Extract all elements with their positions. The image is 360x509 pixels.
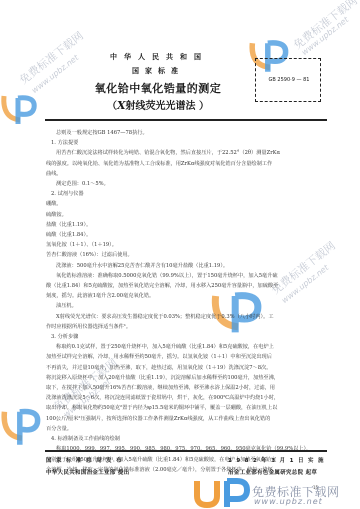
document-title: 氧化铪中氧化锆量的测定 <box>78 80 238 96</box>
body-line: 100公斤/厘米²压强制片，按所选择的仪器工作条件测量ZrKα线强度，从工作曲线… <box>46 414 328 424</box>
body-line: 洗涤液洗涤沉淀5～6次，将沉淀连同滤纸置于瓷坩埚中，烘干，灰化，在900℃高温炉… <box>46 393 328 403</box>
body-line: 取出冷却。称取氧化物约50毫克²置于内径为φ15.5毫米的铜环中铺平，覆盖一层硼… <box>46 403 328 413</box>
body-line: 作时应根据所用仪器选择适当条件¹。 <box>46 322 328 332</box>
country-heading: 中华人民共和国 <box>104 52 214 62</box>
up-brand-logo-icon <box>193 478 251 508</box>
watermark-text-cn: 免费标准下载网 <box>290 0 360 53</box>
body-line: 硫酸铵。 <box>46 210 328 220</box>
body-line: 总则及一般规定按GB 1467—78执行。 <box>46 128 328 138</box>
section-heading: 2. 试剂与仪器 <box>46 189 328 199</box>
body-line: 用苦杏仁酸沉淀法将试样转化为纯锆、铪混合氧化物，然后直接压片，于22.52°（2… <box>46 148 328 158</box>
up-logo-icon <box>0 400 44 450</box>
body-line: 称取约0.1克试样，置于250毫升烧杯中，加入5毫升硫酸（比重1.84）和5克硫… <box>46 342 328 352</box>
body-line: 酸（比重1.84）和5克硫酸铵，加热至氧化锆完全溶解，冷却，用水移入250毫升容… <box>46 281 328 291</box>
body-line: X射线荧光光谱仪：要求高压发生器稳定度优于0.03%；整机稳定度优于0.3%（八… <box>46 312 328 322</box>
body-line: 取下，在搅拌下加入50毫升16%苦杏仁酸溶液，继续加热至沸，移至沸水浴上保温2小… <box>46 383 328 393</box>
section-heading: 1. 方法提要 <box>46 138 328 148</box>
body-line: 硫酸（比重1.84）。 <box>46 230 328 240</box>
proposer: 中华人民共和国冶金工业部 提出 <box>46 468 129 476</box>
gb-code: GB 2590·9 — 81 <box>258 77 320 83</box>
body-line: 盐酸（比重1.19）。 <box>46 220 328 230</box>
header-divider <box>45 119 327 121</box>
section-heading: 3. 分析步骤 <box>46 332 328 342</box>
subtitle-rest: 射线荧光光谱法 ） <box>126 101 209 112</box>
body-line: 洗涤液：500毫升水中溶解25克苦杏仁酸并含有10毫升盐酸（比重1.19）。 <box>46 261 328 271</box>
effective-date: 1982年3月1日实施 <box>228 456 328 464</box>
body-line: 不再消失，并过量10毫升，加热至沸，取下，趁热过滤，用氢氧化铵（1＋19）洗涤沉… <box>46 363 328 373</box>
body-line: 测定范围：0.1～5%。 <box>46 179 328 189</box>
drafter: 冶金工业部有色金属研究总院 起草 <box>228 468 317 476</box>
body-line: 刻度，摇匀。此溶液1毫升含2.00毫克氧化锆。 <box>46 291 328 301</box>
body-line: 百分含量。 <box>46 424 328 434</box>
body-line: 氧化锆标准溶液：准确称取0.5000克氧化锆（99.9%以上），置于150毫升烧… <box>46 271 328 281</box>
section-heading: 4. 标准制备及工作曲线的绘制 <box>46 434 328 444</box>
body-line: 曲线。 <box>46 169 328 179</box>
subtitle-prefix: （ <box>107 101 117 112</box>
issuer: 国家标准总局发布 <box>46 456 126 464</box>
subtitle-x: X <box>117 99 126 112</box>
body-line: 线的强度。以纯氧化铪、氧化锆为基准物人工合成标准，用ZrKα线强度对氧化锆百分含… <box>46 159 328 169</box>
body-line: 硼酸。 <box>46 199 328 209</box>
standard-type-heading: 国家标准 <box>118 66 198 76</box>
document-body: 总则及一般规定按GB 1467—78执行。 1. 方法提要 用苦杏仁酸沉淀法将试… <box>46 128 328 475</box>
body-line: 油压机。 <box>46 301 328 311</box>
body-line: 加热至试样完全溶解，冷却，用水稀释至约50毫升，摇匀。以氢氧化铵（1＋1）中和至… <box>46 352 328 362</box>
body-line: 氢氧化铵（1＋1）、（1＋19）。 <box>46 240 328 250</box>
footer-divider <box>45 450 327 452</box>
brand-url: www.upbz.net <box>254 497 323 506</box>
body-line: 将沉淀移入原烧杯中，加入20毫升盐酸（比重1.19），沉淀溶解后加水稀释至约10… <box>46 373 328 383</box>
document-subtitle: （X射线荧光光谱法 ） <box>78 97 238 112</box>
body-line: 苦杏仁酸溶液（16%）：过滤后使用。 <box>46 250 328 260</box>
up-logo-icon <box>0 88 40 128</box>
